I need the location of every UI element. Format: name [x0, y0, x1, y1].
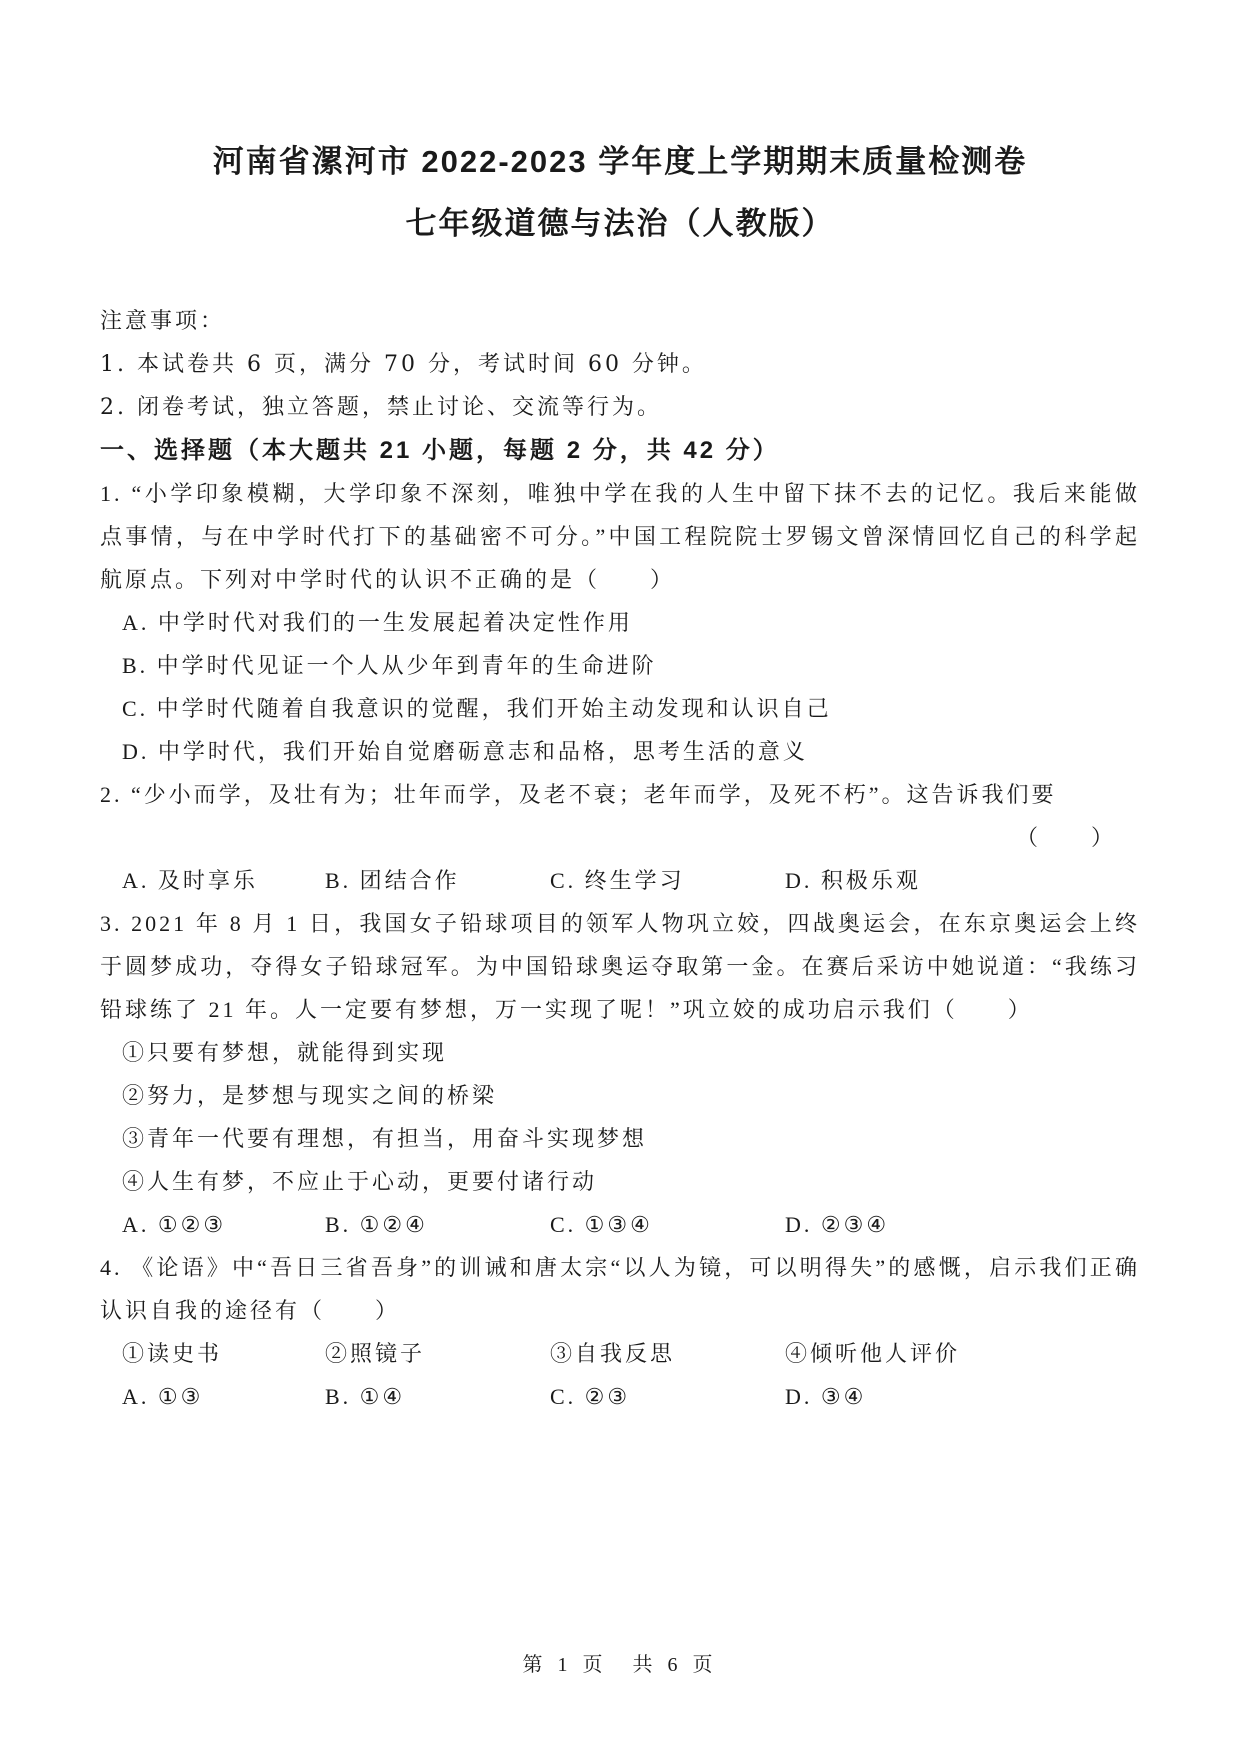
- question-4-option-c: C. ②③: [550, 1375, 785, 1418]
- question-2-option-b: B. 团结合作: [325, 859, 550, 902]
- question-4-statement-1: ①读史书: [122, 1332, 325, 1375]
- question-3-stem: 3. 2021 年 8 月 1 日，我国女子铅球项目的领军人物巩立姣，四战奥运会…: [100, 902, 1140, 1031]
- question-4-statement-2: ②照镜子: [325, 1332, 550, 1375]
- notes-heading: 注意事项：: [100, 300, 1140, 343]
- question-2-option-a: A. 及时享乐: [122, 859, 325, 902]
- section-heading-multiple-choice: 一、选择题（本大题共 21 小题，每题 2 分，共 42 分）: [100, 429, 1140, 472]
- question-1-stem: 1. “小学印象模糊，大学印象不深刻，唯独中学在我的人生中留下抹不去的记忆。我后…: [100, 472, 1140, 601]
- question-2-options-row: A. 及时享乐 B. 团结合作 C. 终生学习 D. 积极乐观: [100, 859, 1140, 902]
- title-block: 河南省漯河市 2022-2023 学年度上学期期末质量检测卷 七年级道德与法治（…: [0, 0, 1240, 244]
- question-3-option-b: B. ①②④: [325, 1203, 550, 1246]
- question-3-statement-4: ④人生有梦，不应止于心动，更要付诸行动: [100, 1160, 1140, 1203]
- exam-subtitle: 七年级道德与法治（人教版）: [0, 204, 1240, 244]
- question-1-option-c: C. 中学时代随着自我意识的觉醒，我们开始主动发现和认识自己: [100, 687, 1140, 730]
- question-3-statement-1: ①只要有梦想，就能得到实现: [100, 1031, 1140, 1074]
- question-1-option-a: A. 中学时代对我们的一生发展起着决定性作用: [100, 601, 1140, 644]
- question-4-option-d: D. ③④: [785, 1375, 1140, 1418]
- question-4-statement-3: ③自我反思: [550, 1332, 785, 1375]
- question-4-statements-row: ①读史书 ②照镜子 ③自我反思 ④倾听他人评价: [100, 1332, 1140, 1375]
- notes-item-1: 1. 本试卷共 6 页，满分 70 分，考试时间 60 分钟。: [100, 343, 1140, 386]
- question-3-statement-2: ②努力，是梦想与现实之间的桥梁: [100, 1074, 1140, 1117]
- question-2-option-c: C. 终生学习: [550, 859, 785, 902]
- question-1-option-b: B. 中学时代见证一个人从少年到青年的生命进阶: [100, 644, 1140, 687]
- question-3-statement-3: ③青年一代要有理想，有担当，用奋斗实现梦想: [100, 1117, 1140, 1160]
- question-1-option-d: D. 中学时代，我们开始自觉磨砺意志和品格，思考生活的意义: [100, 730, 1140, 773]
- question-4-options-row: A. ①③ B. ①④ C. ②③ D. ③④: [100, 1375, 1140, 1418]
- exam-title: 河南省漯河市 2022-2023 学年度上学期期末质量检测卷: [0, 142, 1240, 182]
- question-4-statement-4: ④倾听他人评价: [785, 1332, 1140, 1375]
- question-2-answer-bracket: （ ）: [100, 816, 1140, 859]
- question-3-option-c: C. ①③④: [550, 1203, 785, 1246]
- exam-paper-page: 河南省漯河市 2022-2023 学年度上学期期末质量检测卷 七年级道德与法治（…: [0, 0, 1240, 1753]
- page-number-footer: 第 1 页 共 6 页: [0, 1648, 1240, 1677]
- question-2-stem: 2. “少小而学，及壮有为；壮年而学，及老不衰；老年而学，及死不朽”。这告诉我们…: [100, 773, 1140, 816]
- exam-body: 注意事项： 1. 本试卷共 6 页，满分 70 分，考试时间 60 分钟。 2.…: [100, 300, 1140, 1418]
- question-2-option-d: D. 积极乐观: [785, 859, 1140, 902]
- question-4-stem: 4. 《论语》中“吾日三省吾身”的训诫和唐太宗“以人为镜，可以明得失”的感慨，启…: [100, 1246, 1140, 1332]
- question-4-option-a: A. ①③: [122, 1375, 325, 1418]
- notes-item-2: 2. 闭卷考试，独立答题，禁止讨论、交流等行为。: [100, 386, 1140, 429]
- question-3-option-a: A. ①②③: [122, 1203, 325, 1246]
- question-3-options-row: A. ①②③ B. ①②④ C. ①③④ D. ②③④: [100, 1203, 1140, 1246]
- question-4-option-b: B. ①④: [325, 1375, 550, 1418]
- question-3-option-d: D. ②③④: [785, 1203, 1140, 1246]
